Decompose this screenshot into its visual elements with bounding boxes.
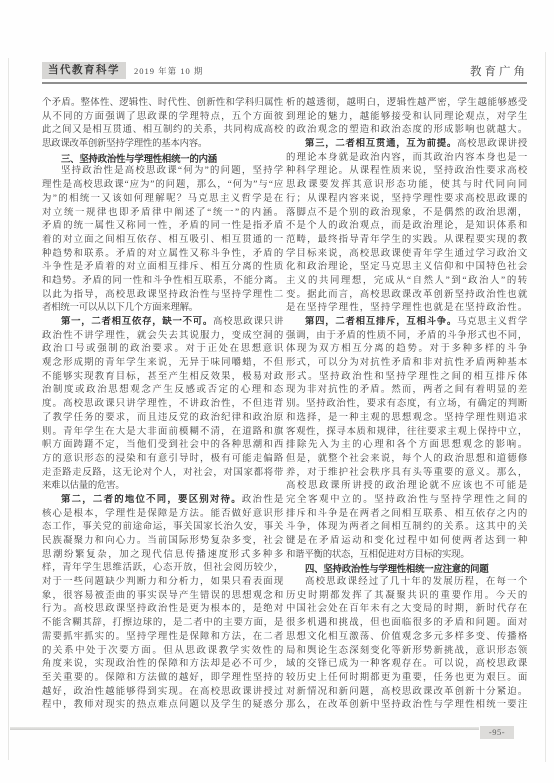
paragraph-lead-emphasis: 第一，二者相互依存，缺一不可。: [61, 317, 213, 327]
text-line: 化和政治理论，坚定马克思主义信仰和中国特色社会: [286, 261, 527, 275]
text-line: 的理论本身就是政治内容，而其政治内容本身也是一: [286, 152, 527, 166]
text-line: 的政治观念的塑造和政治态度的形成影响也就越大。: [286, 124, 527, 138]
text-line: 但是，就整个社会来说，每个人的政治思想和道德修: [286, 453, 527, 467]
text-line: 和选择，是一种主观的思想观念。坚持学理性则追求: [286, 412, 527, 426]
text-line: 来难以估量的危害。: [42, 480, 283, 494]
text-line: 理性是高校思政课“应为”的问题，那么，“何为”与“应: [42, 179, 283, 193]
scan-edge-left: [8, 58, 9, 760]
text-line: 行为。高校思政课坚持政治性是更为根本的，是绝对: [42, 603, 283, 617]
text-line: 是在坚持学理性，坚持学理性也就是在坚持政治性。: [286, 302, 527, 316]
section-heading: 三、坚持政治性与学理性相统一的内涵: [42, 152, 283, 166]
text-line: 此之间又是相互贯通、相互制约的关系，共同构成高校: [42, 124, 283, 138]
text-line: 对新情况和新问题，高校思政课改革创新十分紧迫。: [286, 686, 527, 700]
text-line: 的关系中处于次要方面。但从思政课教学实效性的: [42, 645, 283, 659]
text-line: 至关重要的。保障和方法做的越好，即学理性坚持的: [42, 672, 283, 686]
text-line: 体现为双方相互分离的趋势。对于多种多样的斗争: [286, 343, 527, 357]
text-line: 民族凝聚力和向心力。当前国际形势复杂多变，社会: [42, 535, 283, 549]
page-number: -95-: [480, 726, 514, 739]
text-line: 不是个人的政治观点，而是政治理论，是知识体系和: [286, 220, 527, 234]
text-line: 斗争性是矛盾着的对立面相互排斥、相互分离的性质: [42, 261, 283, 275]
text-line: 变。据此而言，高校思政课改革创新坚持政治性也就: [286, 289, 527, 303]
text-line: 第四，二者相互排斥，互相斗争。马克思主义哲学: [286, 316, 527, 330]
section-label: 教育广角: [470, 63, 528, 79]
text-line: 种趋势和联系。矛盾的对立属性又称斗争性，矛盾的: [42, 248, 283, 262]
paragraph-lead-emphasis: 第二，二者的地位不同，要区别对待。: [61, 495, 242, 505]
text-line: 高校思政课所讲授的政治理论就不应该也不可能是: [286, 480, 527, 494]
text-line: 排除先入为主的心理和各个方面思想观念的影响。: [286, 439, 527, 453]
text-column-right: 析的越透彻，越明白，逻辑性越严密，学生越能够感受到理论的魅力，越能够接受和认同理…: [286, 97, 527, 713]
page-header: 当代教育科学 2019 年第 10 期 教育广角: [42, 61, 528, 80]
journal-name-badge: 当代教育科学: [42, 62, 126, 79]
text-line: 落脚点不是个别的政治现象，不是偶然的政治思潮，: [286, 207, 527, 221]
text-line: 和谐平衡的状态，互相促进对方目标的实现。: [286, 549, 527, 563]
text-line: 则。青年学生在大是大非面前模糊不清，在道路和旗: [42, 426, 283, 440]
text-line: 析的越透彻，越明白，逻辑性越严密，学生越能够感受: [286, 97, 527, 111]
text-line: 范畴，最终指导青年学生的实践。从课程要实现的教: [286, 234, 527, 248]
text-line: 对立统一规律也即矛盾律中阐述了“统一”的内涵。: [42, 207, 283, 221]
text-line: 坚持政治性是高校思政课“何为”的问题，坚持学: [42, 165, 283, 179]
text-line: 强调，由于矛盾的性质不同，矛盾的斗争形式也不同，: [286, 330, 527, 344]
text-line: 形式。坚持政治性和坚持学理性之间的相互排斥体: [286, 371, 527, 385]
text-line: 很多机遇和挑战，但也面临很多的矛盾和问题。面对: [286, 617, 527, 631]
text-line: 和趋势。矛盾的同一性和斗争性相互联系，不能分离。: [42, 275, 283, 289]
text-line: 历史时期都发挥了其凝聚共识的重要作用。今天的: [286, 590, 527, 604]
text-line: 以此为指导，高校思政课坚持政治性与坚持学理性二: [42, 289, 283, 303]
text-line: 政治口号或强制的政治要求。对于正处在思想意识: [42, 343, 283, 357]
footer-rule: [10, 727, 479, 730]
section-heading: 四、坚持政治性与学理性相统一应注意的问题: [286, 562, 527, 576]
text-line: 域的交锋已成为一种客观存在。可以说，高校思政课: [286, 658, 527, 672]
text-line: 到理论的魅力，越能够接受和认同理论观点，对学生: [286, 111, 527, 125]
text-line: 键是在矛盾运动和变化过程中如何使两者达到一种: [286, 535, 527, 549]
text-line: 形式，可以分为对抗性矛盾和非对抗性矛盾两种基本: [286, 357, 527, 371]
text-line: 象，很容易被歪曲的事实误导产生错误的思想观念和: [42, 590, 283, 604]
text-line: 行；从课程内容来说，坚持学理性要求高校思政课的: [286, 193, 527, 207]
text-line: 思潮纷繁复杂，加之现代信息传播速度形式多种多: [42, 549, 283, 563]
text-line: 别。坚持政治性，要求有态度，有立场，有确定的判断: [286, 398, 527, 412]
text-line: 思政课要发挥其意识形态功能，使其与时代同向同: [286, 179, 527, 193]
text-line: 走歪路走反路，这无论对个人，对社会，对国家都将带: [42, 467, 283, 481]
text-line: 思想文化相互激荡、价值观念多元多样多变、传播格: [286, 631, 527, 645]
text-column-left: 个矛盾。整体性、逻辑性、时代性、创新性和学科归属性从不同的方面强调了思政课的学理…: [42, 97, 283, 713]
text-line: 观念形成期的青年学生来说，无异于味同嚼蜡，不但: [42, 357, 283, 371]
text-line: 个矛盾。整体性、逻辑性、时代性、创新性和学科归属性: [42, 97, 283, 111]
text-line: 着的对立面之间相互依存、相互吸引、相互贯通的一: [42, 234, 283, 248]
text-line: 不能够实现教育目标，甚至产生相反效果，极易对政: [42, 371, 283, 385]
text-line: 那么，在改革创新中坚持政治性与学理性相统一要注: [286, 699, 527, 713]
text-line: 度。高校思政课只讲学理性，不讲政治性，不但违背: [42, 398, 283, 412]
text-line: 样，青年学生思维活跃，心态开放，但社会阅历较少，: [42, 562, 283, 576]
scan-edge-right: [545, 52, 546, 762]
text-line: 核心是根本，学理性是保障是方法。能否做好意识形: [42, 508, 283, 522]
text-line: 越好，政治性越能够得到实现。在高校思政课讲授过: [42, 686, 283, 700]
text-line: 种科学理论。从课程性质来说，坚持政治性要求高校: [286, 165, 527, 179]
text-line: 者相统一可以从以下几个方面来理解。: [42, 302, 283, 316]
text-line: 治制度或政治思想观念产生反感或否定的心理和态: [42, 384, 283, 398]
text-line: 高校思政课经过了几十年的发展历程，在每一个: [286, 576, 527, 590]
text-line: 需要抓牢抓实的。坚持学理性是保障和方法，在二者: [42, 631, 283, 645]
issue-label: 2019 年第 10 期: [134, 65, 203, 77]
text-line: 矛盾的统一属性又称同一性，矛盾的同一性是指矛盾: [42, 220, 283, 234]
text-line: 第一，二者相互依存，缺一不可。高校思政课只讲: [42, 316, 283, 330]
text-line: 方的意识形态的浸染和有意引导时，极有可能走偏路: [42, 453, 283, 467]
text-line: 中国社会处在百年未有之大变局的时期，新时代存在: [286, 603, 527, 617]
text-line: 完全客观中立的。坚持政治性与坚持学理性之间的: [286, 494, 527, 508]
journal-page: 当代教育科学 2019 年第 10 期 教育广角 个矛盾。整体性、逻辑性、时代性…: [0, 0, 554, 783]
text-line: 态工作，事关党的前途命运，事关国家长治久安，事关: [42, 521, 283, 535]
text-line: 角度来说，实现政治性的保障和方法却是必不可少，: [42, 658, 283, 672]
paragraph-lead-emphasis: 第四，二者相互排斥，互相斗争。: [305, 317, 457, 327]
text-line: 为”的相统一又该如何理解呢？马克思主义哲学是在: [42, 193, 283, 207]
paragraph-lead-emphasis: 第三，二者相互贯通，互为前提。: [305, 139, 457, 149]
text-line: 政治性不讲学理性，就会失去其说服力，变成空洞的: [42, 330, 283, 344]
text-line: 现为非对抗性的矛盾。然而，两者之间有着明显的差: [286, 384, 527, 398]
text-line: 第三，二者相互贯通，互为前提。高校思政课讲授: [286, 138, 527, 152]
text-line: 局和舆论生态深刻变化等新形势新挑战，意识形态领: [286, 645, 527, 659]
text-line: 了教学任务的要求，而且违反党的政治纪律和政治原: [42, 412, 283, 426]
text-line: 学目标来说，高校思政课使青年学生通过学习政治文: [286, 248, 527, 262]
text-line: 对于一些问题缺少判断力和分析力，如果只看表面现: [42, 576, 283, 590]
text-line: 排斥和斗争是在两者之间相互联系、相互依存之内的: [286, 508, 527, 522]
text-line: 主义的共同理想，完成从“自然人”到“政治人”的转: [286, 275, 527, 289]
text-line: 养，对于维护社会秩序具有头等重要的意义。那么，: [286, 467, 527, 481]
text-line: 第二，二者的地位不同，要区别对待。政治性是: [42, 494, 283, 508]
header-rule: [42, 82, 527, 84]
text-line: 思政课改革创新坚持学理性的基本内容。: [42, 138, 283, 152]
text-line: 程中，教师对现实的热点难点问题以及学生的疑惑分: [42, 699, 283, 713]
text-line: 从不同的方面强调了思政课的学理特点，五个方面彼: [42, 111, 283, 125]
text-line: 斗争，体现为两者之间相互制约的关系。这其中的关: [286, 521, 527, 535]
text-line: 客观性，探寻本质和规律，往往要求主观上保持中立，: [286, 426, 527, 440]
text-line: 较历史上任何时期都更为重要，任务也更为艰巨。面: [286, 672, 527, 686]
text-line: 帜方面踌躇不定，当他们受到社会中的各种思潮和西: [42, 439, 283, 453]
text-line: 不能含糊其辞，打擦边球的，是二者中的主要方面，是: [42, 617, 283, 631]
